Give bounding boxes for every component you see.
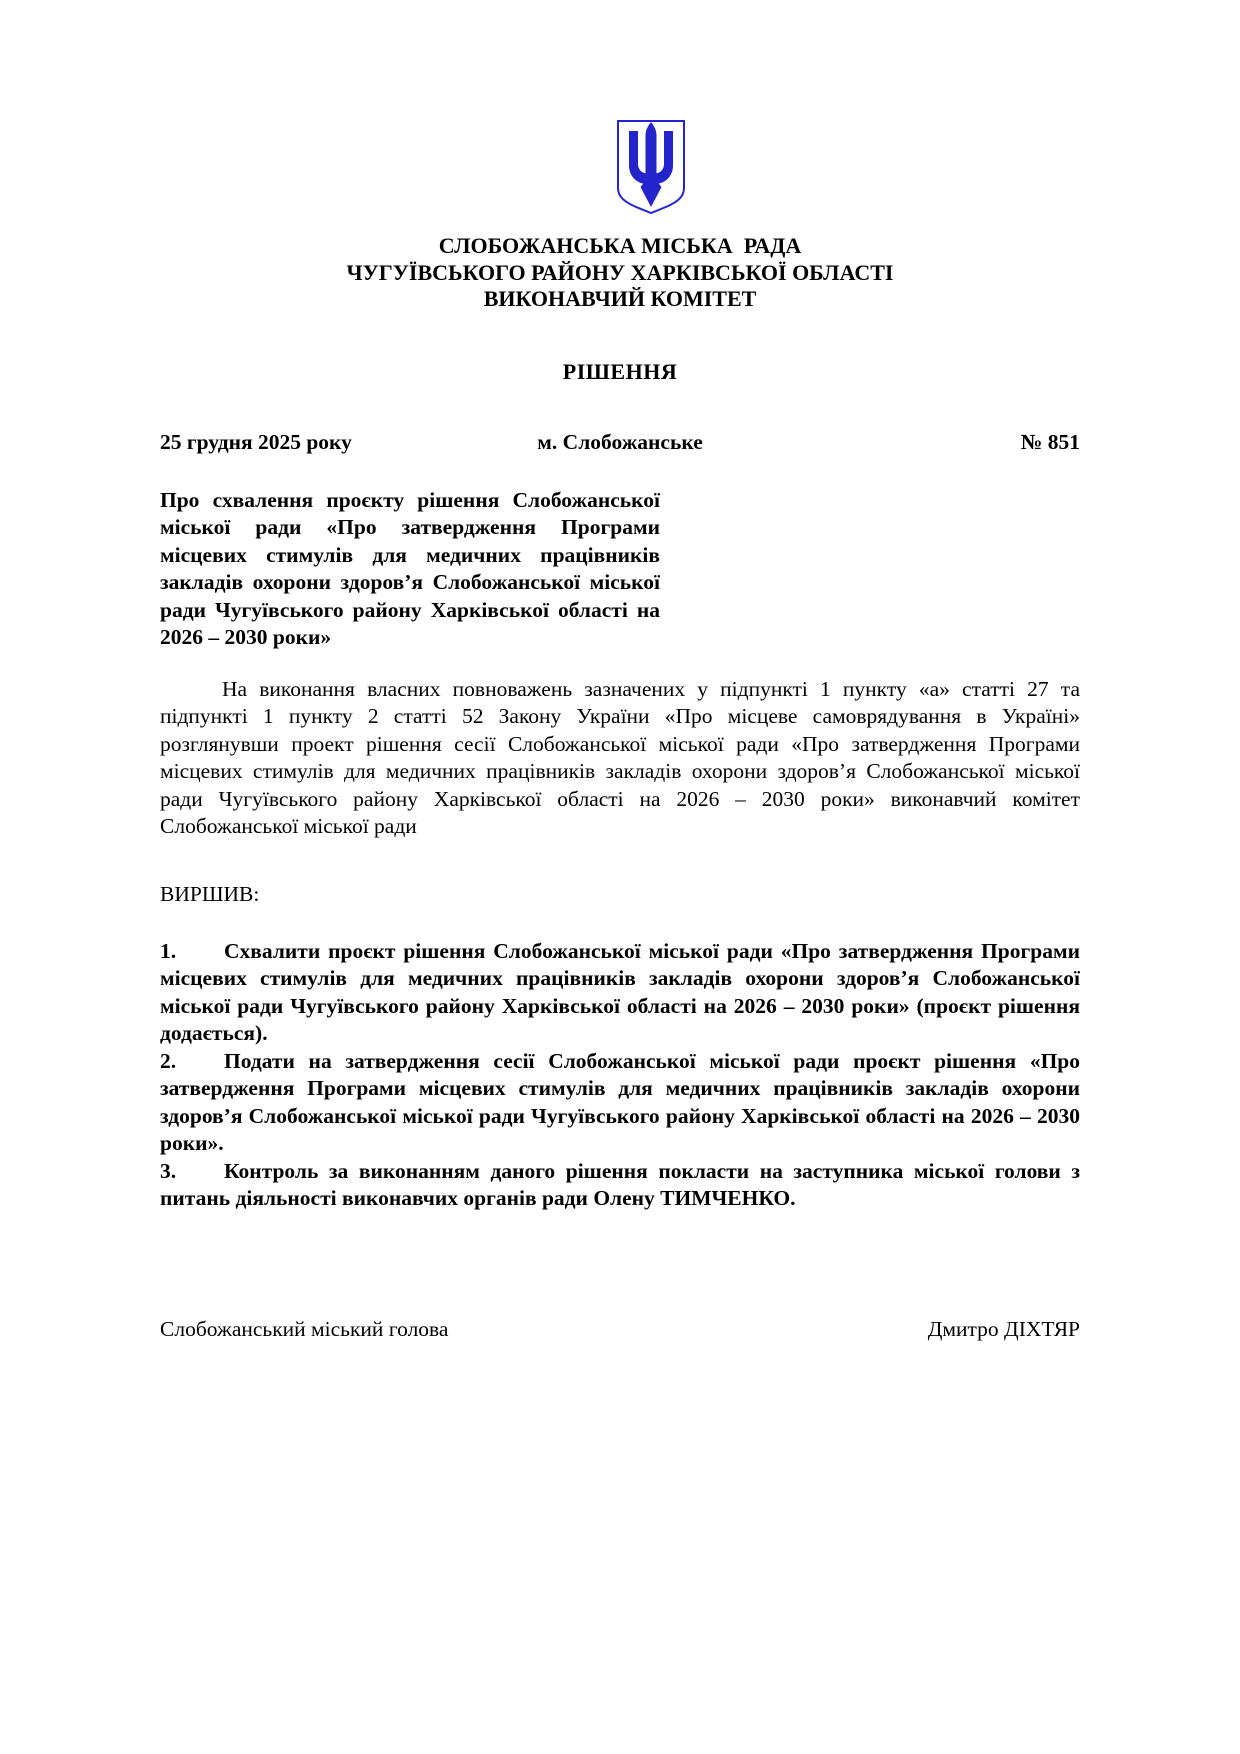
signature-name: Дмитро ДІХТЯР <box>928 1316 1080 1343</box>
item-3-text: Контроль за виконанням даного рішення по… <box>160 1159 1080 1211</box>
document-date: 25 грудня 2025 року <box>160 429 467 456</box>
document-type-title: РІШЕННЯ <box>160 359 1080 385</box>
org-name-line: СЛОБОЖАНСЬКА МІСЬКА РАДА <box>160 233 1080 260</box>
resolution-items: 1.Схвалити проєкт рішення Слобожанської … <box>160 938 1080 1213</box>
subject-paragraph: Про схвалення проєкту рішення Слобожансь… <box>160 487 660 652</box>
resolved-label: ВИРШИВ: <box>160 881 1080 908</box>
date-place-number-row: 25 грудня 2025 року м. Слобожанське № 85… <box>160 429 1080 456</box>
item-3-number: 3. <box>160 1158 224 1186</box>
item-1-number: 1. <box>160 938 224 966</box>
preamble-paragraph: На виконання власних повноважень зазначе… <box>160 676 1080 841</box>
decision-document-page: СЛОБОЖАНСЬКА МІСЬКА РАДА ЧУГУЇВСЬКОГО РА… <box>0 0 1240 1754</box>
org-district-line: ЧУГУЇВСЬКОГО РАЙОНУ ХАРКІВСЬКОЇ ОБЛАСТІ <box>160 260 1080 287</box>
signature-row: Слобожанський міський голова Дмитро ДІХТ… <box>160 1316 1080 1343</box>
ukraine-trident-emblem-icon <box>615 118 687 216</box>
signature-title: Слобожанський міський голова <box>160 1316 448 1343</box>
resolution-item-2: 2.Подати на затвердження сесії Слобожанс… <box>160 1048 1080 1158</box>
resolution-item-1: 1.Схвалити проєкт рішення Слобожанської … <box>160 938 1080 1048</box>
emblem-container <box>191 118 1111 216</box>
item-1-text: Схвалити проєкт рішення Слобожанської мі… <box>160 939 1080 1046</box>
document-number: № 851 <box>773 429 1080 456</box>
resolution-item-3: 3.Контроль за виконанням даного рішення … <box>160 1158 1080 1213</box>
org-committee-line: ВИКОНАВЧИЙ КОМІТЕТ <box>160 286 1080 313</box>
item-2-number: 2. <box>160 1048 224 1076</box>
organization-header: СЛОБОЖАНСЬКА МІСЬКА РАДА ЧУГУЇВСЬКОГО РА… <box>160 233 1080 313</box>
item-2-text: Подати на затвердження сесії Слобожанськ… <box>160 1049 1080 1156</box>
document-place: м. Слобожанське <box>467 429 774 456</box>
